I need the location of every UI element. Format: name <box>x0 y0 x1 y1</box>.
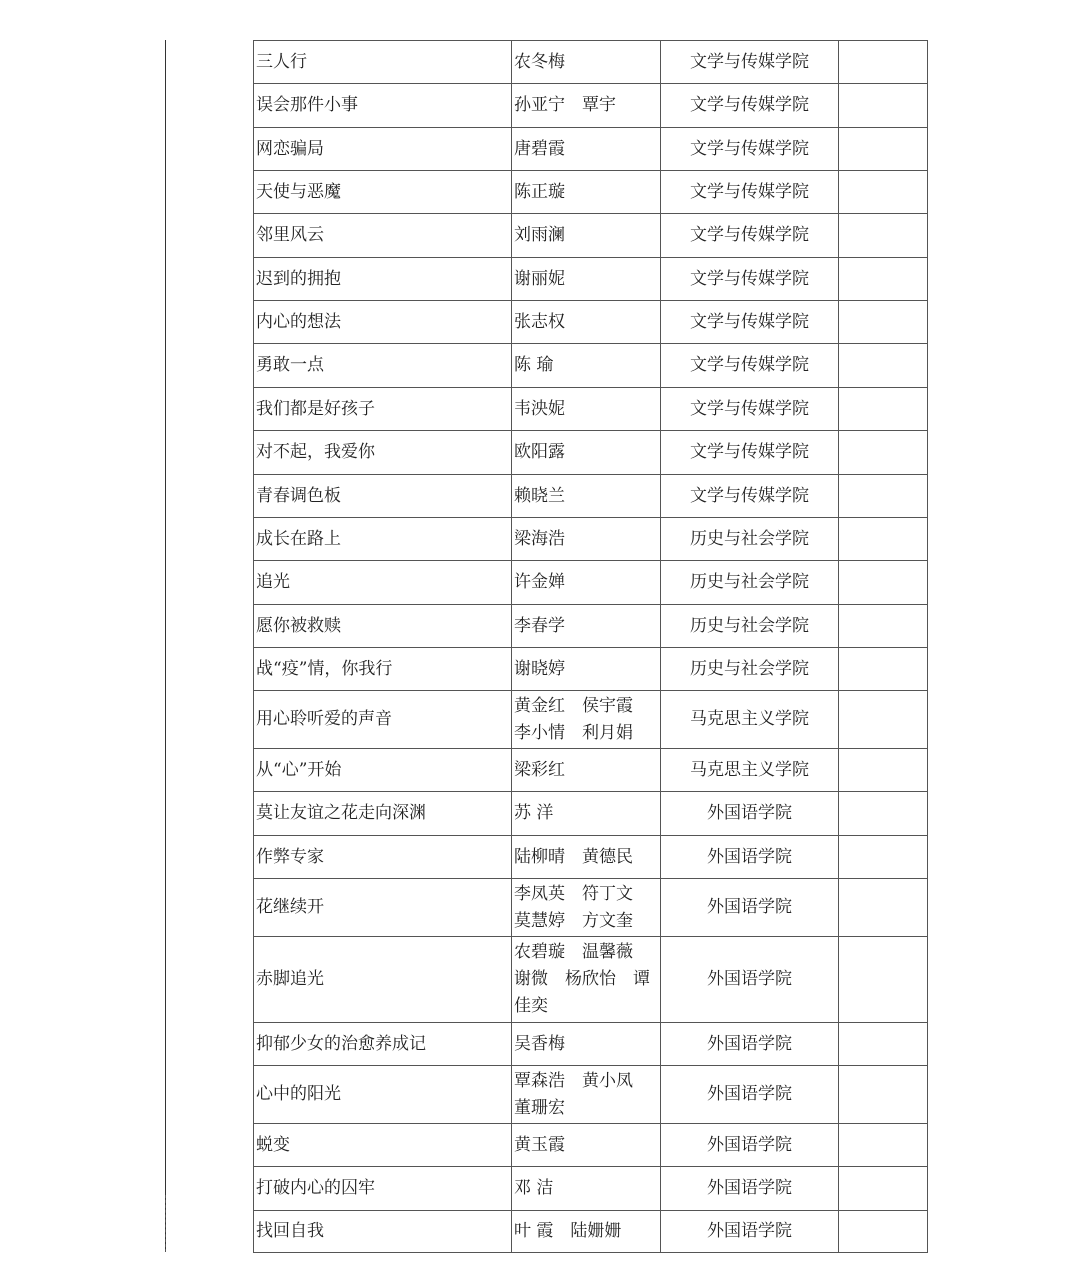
table-row: 成长在路上梁海浩历史与社会学院 <box>254 518 928 561</box>
college-cell: 文学与传媒学院 <box>661 128 839 171</box>
work-title-cell: 找回自我 <box>254 1211 512 1253</box>
work-title-cell: 赤脚追光 <box>254 937 512 1023</box>
authors-cell: 苏 洋 <box>512 792 661 836</box>
college-cell: 文学与传媒学院 <box>661 301 839 344</box>
table-row: 用心聆听爱的声音黄金红 侯宇霞 李小情 利月娟马克思主义学院 <box>254 691 928 749</box>
work-title-cell: 网恋骗局 <box>254 128 512 171</box>
authors-cell: 欧阳露 <box>512 431 661 475</box>
note-cell <box>839 214 928 258</box>
authors-cell: 孙亚宁 覃宇 <box>512 84 661 128</box>
authors-cell: 农碧璇 温馨薇 谢微 杨欣怡 谭 佳奕 <box>512 937 661 1023</box>
college-cell: 文学与传媒学院 <box>661 388 839 431</box>
table-row: 三人行农冬梅文学与传媒学院 <box>254 41 928 84</box>
table-row: 网恋骗局唐碧霞文学与传媒学院 <box>254 128 928 171</box>
college-cell: 文学与传媒学院 <box>661 431 839 475</box>
work-title-cell: 邻里风云 <box>254 214 512 258</box>
work-title-cell: 战“疫”情，你我行 <box>254 648 512 691</box>
note-cell <box>839 1211 928 1253</box>
table-row: 勇敢一点陈 瑜文学与传媒学院 <box>254 344 928 388</box>
authors-cell: 吴香梅 <box>512 1023 661 1066</box>
college-cell: 外国语学院 <box>661 937 839 1023</box>
college-cell: 马克思主义学院 <box>661 749 839 792</box>
note-cell <box>839 749 928 792</box>
note-cell <box>839 258 928 301</box>
note-cell <box>839 431 928 475</box>
table-row: 邻里风云刘雨澜文学与传媒学院 <box>254 214 928 258</box>
work-title-cell: 莫让友谊之花走向深渊 <box>254 792 512 836</box>
table-row: 我们都是好孩子韦泱妮文学与传媒学院 <box>254 388 928 431</box>
note-cell <box>839 84 928 128</box>
table-row: 内心的想法张志权文学与传媒学院 <box>254 301 928 344</box>
authors-cell: 刘雨澜 <box>512 214 661 258</box>
authors-cell: 梁彩红 <box>512 749 661 792</box>
note-cell <box>839 792 928 836</box>
work-title-cell: 迟到的拥抱 <box>254 258 512 301</box>
authors-cell: 许金婵 <box>512 561 661 605</box>
note-cell <box>839 344 928 388</box>
note-cell <box>839 518 928 561</box>
work-title-cell: 从“心”开始 <box>254 749 512 792</box>
table-row: 花继续开李凤英 符丁文 莫慧婷 方文奎外国语学院 <box>254 879 928 937</box>
note-cell <box>839 1066 928 1124</box>
entries-table-body: 三人行农冬梅文学与传媒学院误会那件小事孙亚宁 覃宇文学与传媒学院网恋骗局唐碧霞文… <box>254 41 928 1253</box>
work-title-cell: 天使与恶魔 <box>254 171 512 214</box>
table-row: 蜕变黄玉霞外国语学院 <box>254 1124 928 1167</box>
note-cell <box>839 475 928 518</box>
college-cell: 外国语学院 <box>661 836 839 879</box>
work-title-cell: 勇敢一点 <box>254 344 512 388</box>
authors-cell: 李春学 <box>512 605 661 648</box>
work-title-cell: 蜕变 <box>254 1124 512 1167</box>
note-cell <box>839 648 928 691</box>
college-cell: 文学与传媒学院 <box>661 475 839 518</box>
college-cell: 文学与传媒学院 <box>661 214 839 258</box>
note-cell <box>839 691 928 749</box>
work-title-cell: 心中的阳光 <box>254 1066 512 1124</box>
table-row: 青春调色板赖晓兰文学与传媒学院 <box>254 475 928 518</box>
college-cell: 文学与传媒学院 <box>661 84 839 128</box>
work-title-cell: 抑郁少女的治愈养成记 <box>254 1023 512 1066</box>
college-cell: 外国语学院 <box>661 792 839 836</box>
table-row: 心中的阳光覃森浩 黄小凤 董珊宏外国语学院 <box>254 1066 928 1124</box>
authors-cell: 陈正璇 <box>512 171 661 214</box>
note-cell <box>839 1023 928 1066</box>
authors-cell: 叶 霞 陆姗姗 <box>512 1211 661 1253</box>
note-cell <box>839 128 928 171</box>
work-title-cell: 成长在路上 <box>254 518 512 561</box>
work-title-cell: 愿你被救赎 <box>254 605 512 648</box>
note-cell <box>839 561 928 605</box>
authors-cell: 张志权 <box>512 301 661 344</box>
authors-cell: 唐碧霞 <box>512 128 661 171</box>
table-row: 抑郁少女的治愈养成记吴香梅外国语学院 <box>254 1023 928 1066</box>
work-title-cell: 作弊专家 <box>254 836 512 879</box>
college-cell: 文学与传媒学院 <box>661 258 839 301</box>
college-cell: 外国语学院 <box>661 1124 839 1167</box>
work-title-cell: 青春调色板 <box>254 475 512 518</box>
work-title-cell: 误会那件小事 <box>254 84 512 128</box>
college-cell: 历史与社会学院 <box>661 518 839 561</box>
authors-cell: 黄玉霞 <box>512 1124 661 1167</box>
college-cell: 外国语学院 <box>661 879 839 937</box>
college-cell: 外国语学院 <box>661 1066 839 1124</box>
work-title-cell: 对不起，我爱你 <box>254 431 512 475</box>
authors-cell: 陆柳晴 黄德民 <box>512 836 661 879</box>
authors-cell: 谢丽妮 <box>512 258 661 301</box>
table-row: 作弊专家陆柳晴 黄德民外国语学院 <box>254 836 928 879</box>
college-cell: 历史与社会学院 <box>661 561 839 605</box>
note-cell <box>839 1167 928 1211</box>
authors-cell: 陈 瑜 <box>512 344 661 388</box>
work-title-cell: 用心聆听爱的声音 <box>254 691 512 749</box>
note-cell <box>839 41 928 84</box>
table-row: 找回自我叶 霞 陆姗姗外国语学院 <box>254 1211 928 1253</box>
note-cell <box>839 1124 928 1167</box>
authors-cell: 梁海浩 <box>512 518 661 561</box>
table-row: 莫让友谊之花走向深渊苏 洋外国语学院 <box>254 792 928 836</box>
note-cell <box>839 605 928 648</box>
table-row: 对不起，我爱你欧阳露文学与传媒学院 <box>254 431 928 475</box>
entries-table: 三人行农冬梅文学与传媒学院误会那件小事孙亚宁 覃宇文学与传媒学院网恋骗局唐碧霞文… <box>253 40 928 1253</box>
table-row: 误会那件小事孙亚宁 覃宇文学与传媒学院 <box>254 84 928 128</box>
college-cell: 文学与传媒学院 <box>661 171 839 214</box>
college-cell: 外国语学院 <box>661 1023 839 1066</box>
authors-cell: 黄金红 侯宇霞 李小情 利月娟 <box>512 691 661 749</box>
table-row: 战“疫”情，你我行谢晓婷历史与社会学院 <box>254 648 928 691</box>
table-row: 天使与恶魔陈正璇文学与传媒学院 <box>254 171 928 214</box>
college-cell: 文学与传媒学院 <box>661 41 839 84</box>
page-margin-line <box>165 40 166 1252</box>
authors-cell: 邓 洁 <box>512 1167 661 1211</box>
authors-cell: 谢晓婷 <box>512 648 661 691</box>
note-cell <box>839 388 928 431</box>
college-cell: 外国语学院 <box>661 1211 839 1253</box>
page-margin-dashed-line <box>165 1195 166 1252</box>
note-cell <box>839 836 928 879</box>
table-row: 赤脚追光农碧璇 温馨薇 谢微 杨欣怡 谭 佳奕外国语学院 <box>254 937 928 1023</box>
table-row: 追光许金婵历史与社会学院 <box>254 561 928 605</box>
note-cell <box>839 301 928 344</box>
table-row: 打破内心的囚牢邓 洁外国语学院 <box>254 1167 928 1211</box>
college-cell: 外国语学院 <box>661 1167 839 1211</box>
work-title-cell: 我们都是好孩子 <box>254 388 512 431</box>
work-title-cell: 内心的想法 <box>254 301 512 344</box>
work-title-cell: 打破内心的囚牢 <box>254 1167 512 1211</box>
college-cell: 历史与社会学院 <box>661 648 839 691</box>
authors-cell: 农冬梅 <box>512 41 661 84</box>
note-cell <box>839 879 928 937</box>
authors-cell: 覃森浩 黄小凤 董珊宏 <box>512 1066 661 1124</box>
note-cell <box>839 937 928 1023</box>
work-title-cell: 追光 <box>254 561 512 605</box>
authors-cell: 赖晓兰 <box>512 475 661 518</box>
work-title-cell: 三人行 <box>254 41 512 84</box>
college-cell: 文学与传媒学院 <box>661 344 839 388</box>
note-cell <box>839 171 928 214</box>
authors-cell: 韦泱妮 <box>512 388 661 431</box>
college-cell: 马克思主义学院 <box>661 691 839 749</box>
table-row: 从“心”开始梁彩红马克思主义学院 <box>254 749 928 792</box>
table-row: 愿你被救赎李春学历史与社会学院 <box>254 605 928 648</box>
table-row: 迟到的拥抱谢丽妮文学与传媒学院 <box>254 258 928 301</box>
college-cell: 历史与社会学院 <box>661 605 839 648</box>
work-title-cell: 花继续开 <box>254 879 512 937</box>
authors-cell: 李凤英 符丁文 莫慧婷 方文奎 <box>512 879 661 937</box>
